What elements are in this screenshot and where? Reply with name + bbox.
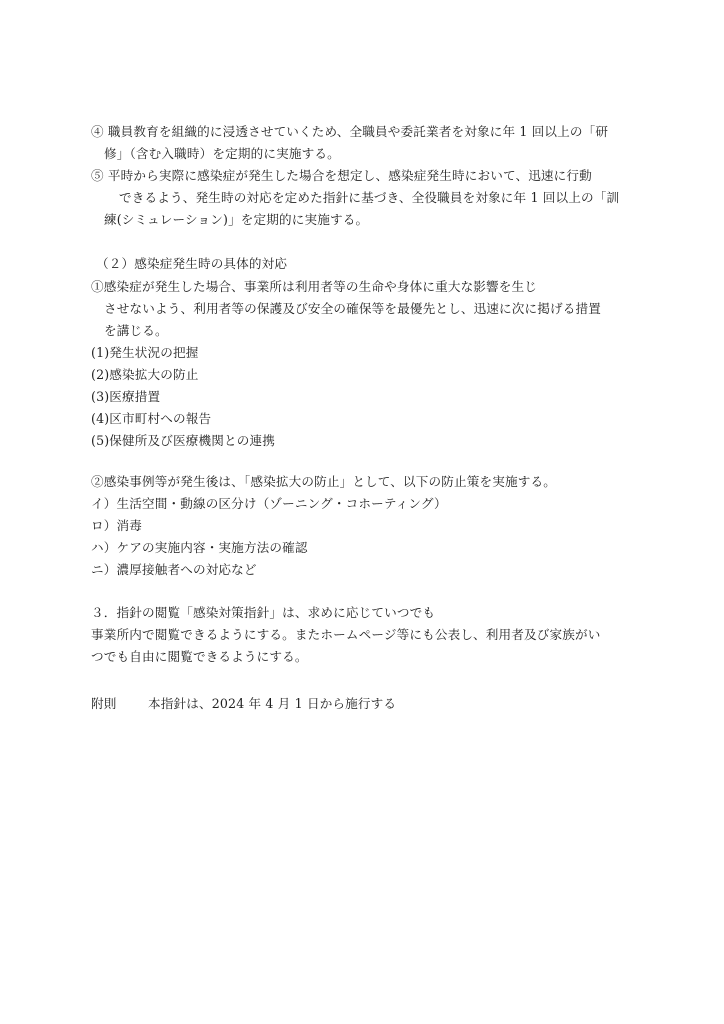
section2-item1-line1: ①感染症が発生した場合、事業所は利用者等の生命や身体に重大な影響を生じ: [91, 279, 537, 295]
item5-line1: ⑤ 平時から実際に感染症が発生した場合を想定し、感染症発生時において、迅速に行動: [91, 168, 592, 184]
prevention-i: イ）生活空間・動線の区分け（ゾーニング・コホーティング）: [91, 496, 447, 512]
supplementary-text: 本指針は、2024 年 4 月 1 日から施行する: [148, 696, 396, 712]
measure-5: (5)保健所及び医療機関との連携: [91, 433, 275, 449]
item4-line2: 修」（含む入職時）を定期的に実施する。: [104, 146, 340, 162]
measure-2: (2)感染拡大の防止: [91, 367, 199, 383]
prevention-ro: ロ）消毒: [91, 518, 142, 534]
item5-line2: できるよう、発生時の対応を定めた指針に基づき、全役職員を対象に年 1 回以上の「…: [119, 190, 619, 206]
item5-line3: 練(シミュレーション)」を定期的に実施する。: [104, 212, 368, 228]
section2-item2-intro: ②感染事例等が発生後は、「感染拡大の防止」として、以下の防止策を実施する。: [91, 474, 556, 490]
document-page: ④ 職員教育を組織的に浸透させていくため、全職員や委託業者を対象に年 1 回以上…: [0, 0, 724, 1024]
prevention-ha: ハ）ケアの実施内容・実施方法の確認: [91, 540, 308, 556]
prevention-ni: ニ）濃厚接触者への対応など: [91, 562, 257, 578]
section3-line2: 事業所内で閲覧できるようにする。またホームページ等にも公表し、利用者及び家族がい: [91, 627, 601, 643]
measure-4: (4)区市町村への報告: [91, 411, 211, 427]
measure-3: (3)医療措置: [91, 389, 160, 405]
section3-line3: つでも自由に閲覧できるようにする。: [91, 649, 308, 665]
supplementary-label: 附則: [91, 696, 117, 712]
section2-heading: （２）感染症発生時の具体的対応: [96, 256, 287, 272]
section3-line1: ３．指針の閲覧「感染対策指針」は、求めに応じていつでも: [91, 605, 435, 621]
section2-item1-line3: を講じる。: [104, 323, 168, 339]
measure-1: (1)発生状況の把握: [91, 345, 199, 361]
section2-item1-line2: させないよう、利用者等の保護及び安全の確保等を最優先とし、迅速に次に掲げる措置: [104, 301, 601, 317]
item4-line1: ④ 職員教育を組織的に浸透させていくため、全職員や委託業者を対象に年 1 回以上…: [91, 124, 608, 140]
